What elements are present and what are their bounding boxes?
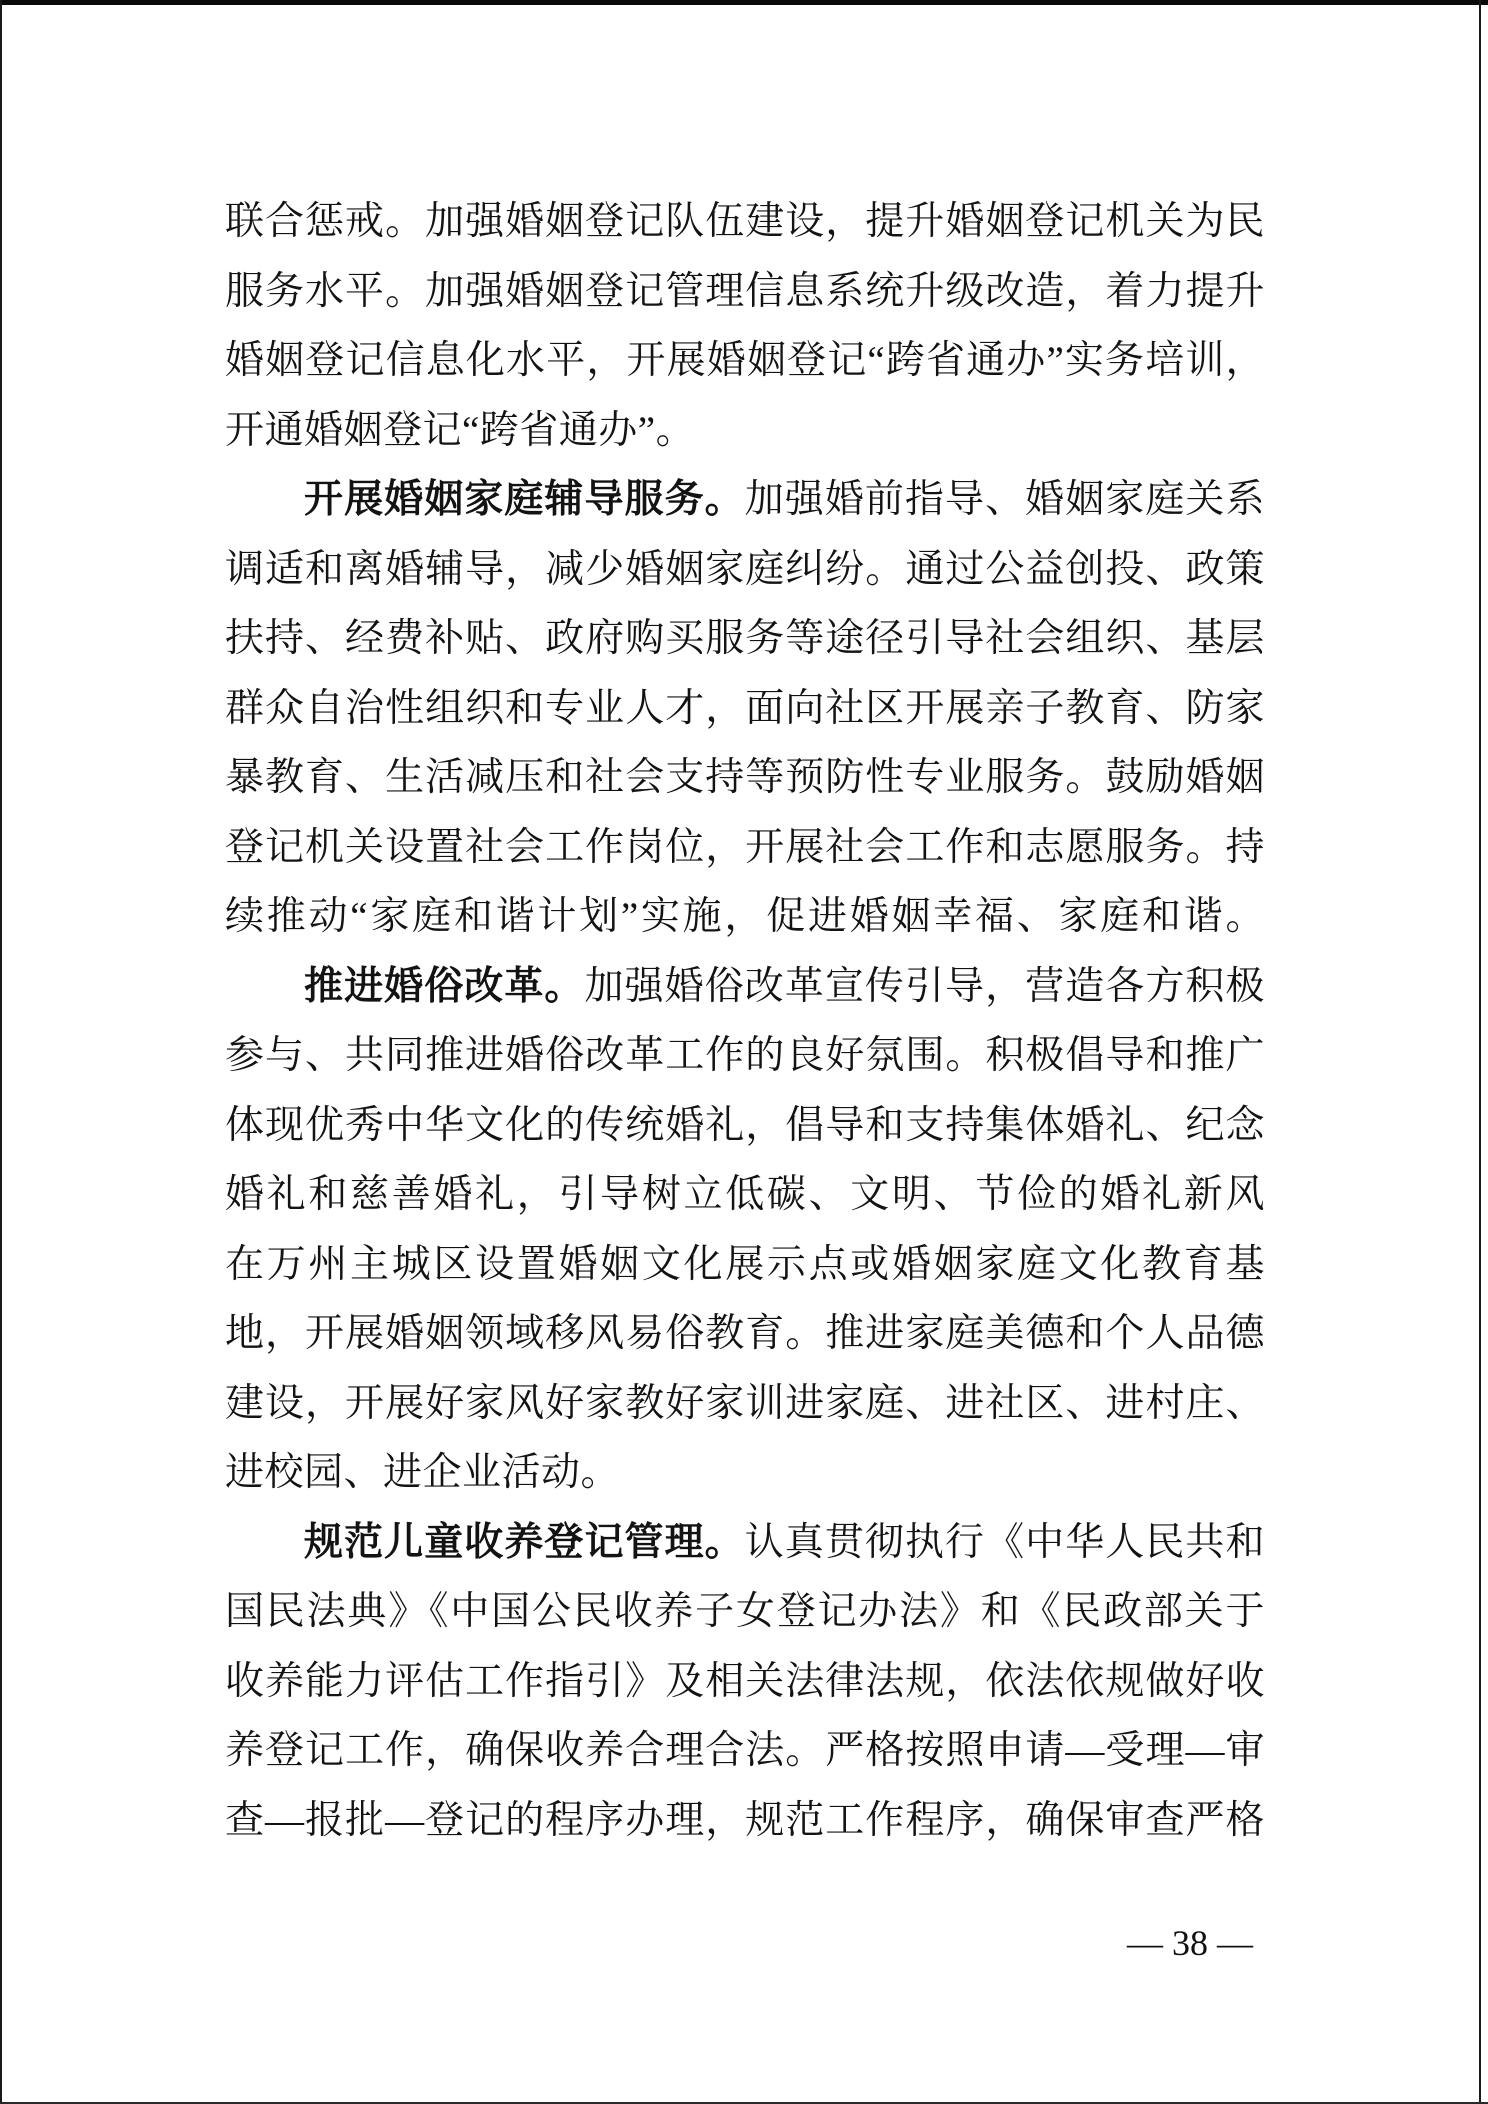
text-line: 在万州主城区设置婚姻文化展示点或婚姻家庭文化教育基 xyxy=(225,1230,1265,1300)
text-line: 规范儿童收养登记管理。认真贯彻执行《中华人民共和 xyxy=(225,1508,1265,1578)
line-text: 国民法典》《中国公民收养子女登记办法》和《民政部关于 xyxy=(225,1590,1265,1633)
document-body: 联合惩戒。加强婚姻登记队伍建设，提升婚姻登记机关为民服务水平。加强婚姻登记管理信… xyxy=(225,187,1265,1855)
page-number: — 38 — xyxy=(1090,1921,1290,1965)
page-border-top xyxy=(0,0,1488,5)
line-text: 登记机关设置社会工作岗位，开展社会工作和志愿服务。持 xyxy=(225,826,1265,869)
text-line: 联合惩戒。加强婚姻登记队伍建设，提升婚姻登记机关为民 xyxy=(225,187,1265,257)
line-text: 婚礼和慈善婚礼，引导树立低碳、文明、节俭的婚礼新风尚。 xyxy=(225,1173,1265,1230)
line-text: 开通婚姻登记“跨省通办”。 xyxy=(225,409,695,452)
line-text: 调适和离婚辅导，减少婚姻家庭纠纷。通过公益创投、政策 xyxy=(225,548,1265,591)
text-line: 开通婚姻登记“跨省通办”。 xyxy=(225,396,1265,466)
text-line: 体现优秀中华文化的传统婚礼，倡导和支持集体婚礼、纪念 xyxy=(225,1091,1265,1161)
line-text: 查—报批—登记的程序办理，规范工作程序，确保审查严格 xyxy=(225,1799,1265,1842)
text-line: 建设，开展好家风好家教好家训进家庭、进社区、进村庄、 xyxy=(225,1369,1265,1439)
paragraph-lead-bold: 规范儿童收养登记管理。 xyxy=(304,1521,745,1564)
text-line: 收养能力评估工作指引》及相关法律法规，依法依规做好收 xyxy=(225,1647,1265,1717)
text-line: 群众自治性组织和专业人才，面向社区开展亲子教育、防家 xyxy=(225,674,1265,744)
text-line: 养登记工作，确保收养合理合法。严格按照申请—受理—审 xyxy=(225,1716,1265,1786)
line-text: 续推动“家庭和谐计划”实施，促进婚姻幸福、家庭和谐。 xyxy=(225,895,1265,938)
line-text: 体现优秀中华文化的传统婚礼，倡导和支持集体婚礼、纪念 xyxy=(225,1104,1265,1147)
page-border-right xyxy=(1479,0,1481,2104)
line-text: 地，开展婚姻领域移风易俗教育。推进家庭美德和个人品德 xyxy=(225,1312,1265,1355)
line-text: 加强婚俗改革宣传引导，营造各方积极 xyxy=(584,965,1265,1008)
line-text: 联合惩戒。加强婚姻登记队伍建设，提升婚姻登记机关为民 xyxy=(225,200,1265,243)
line-text: 加强婚前指导、婚姻家庭关系 xyxy=(745,478,1265,521)
text-line: 登记机关设置社会工作岗位，开展社会工作和志愿服务。持 xyxy=(225,813,1265,883)
text-line: 开展婚姻家庭辅导服务。加强婚前指导、婚姻家庭关系 xyxy=(225,465,1265,535)
text-line: 扶持、经费补贴、政府购买服务等途径引导社会组织、基层 xyxy=(225,604,1265,674)
text-line: 婚姻登记信息化水平，开展婚姻登记“跨省通办”实务培训， xyxy=(225,326,1265,396)
line-text: 建设，开展好家风好家教好家训进家庭、进社区、进村庄、 xyxy=(225,1382,1265,1425)
text-line: 参与、共同推进婚俗改革工作的良好氛围。积极倡导和推广 xyxy=(225,1021,1265,1091)
line-text: 认真贯彻执行《中华人民共和 xyxy=(745,1521,1265,1564)
text-line: 婚礼和慈善婚礼，引导树立低碳、文明、节俭的婚礼新风尚。 xyxy=(225,1160,1265,1230)
line-text: 婚姻登记信息化水平，开展婚姻登记“跨省通办”实务培训， xyxy=(225,339,1265,382)
text-line: 进校园、进企业活动。 xyxy=(225,1438,1265,1508)
line-text: 群众自治性组织和专业人才，面向社区开展亲子教育、防家 xyxy=(225,687,1265,730)
line-text: 扶持、经费补贴、政府购买服务等途径引导社会组织、基层 xyxy=(225,617,1265,660)
paragraph-lead-bold: 开展婚姻家庭辅导服务。 xyxy=(304,478,745,521)
text-line: 地，开展婚姻领域移风易俗教育。推进家庭美德和个人品德 xyxy=(225,1299,1265,1369)
text-line: 服务水平。加强婚姻登记管理信息系统升级改造，着力提升 xyxy=(225,257,1265,327)
line-text: 进校园、进企业活动。 xyxy=(225,1451,620,1494)
text-line: 调适和离婚辅导，减少婚姻家庭纠纷。通过公益创投、政策 xyxy=(225,535,1265,605)
text-line: 暴教育、生活减压和社会支持等预防性专业服务。鼓励婚姻 xyxy=(225,743,1265,813)
line-text: 收养能力评估工作指引》及相关法律法规，依法依规做好收 xyxy=(225,1660,1265,1703)
text-line: 推进婚俗改革。加强婚俗改革宣传引导，营造各方积极 xyxy=(225,952,1265,1022)
page-border-left xyxy=(0,0,2,2104)
line-text: 参与、共同推进婚俗改革工作的良好氛围。积极倡导和推广 xyxy=(225,1034,1265,1077)
line-text: 服务水平。加强婚姻登记管理信息系统升级改造，着力提升 xyxy=(225,270,1265,313)
text-line: 查—报批—登记的程序办理，规范工作程序，确保审查严格 xyxy=(225,1786,1265,1856)
text-line: 国民法典》《中国公民收养子女登记办法》和《民政部关于 xyxy=(225,1577,1265,1647)
paragraph-lead-bold: 推进婚俗改革。 xyxy=(304,965,584,1008)
line-text: 养登记工作，确保收养合理合法。严格按照申请—受理—审 xyxy=(225,1729,1265,1772)
line-text: 暴教育、生活减压和社会支持等预防性专业服务。鼓励婚姻 xyxy=(225,756,1265,799)
text-line: 续推动“家庭和谐计划”实施，促进婚姻幸福、家庭和谐。 xyxy=(225,882,1265,952)
line-text: 在万州主城区设置婚姻文化展示点或婚姻家庭文化教育基 xyxy=(225,1243,1265,1286)
